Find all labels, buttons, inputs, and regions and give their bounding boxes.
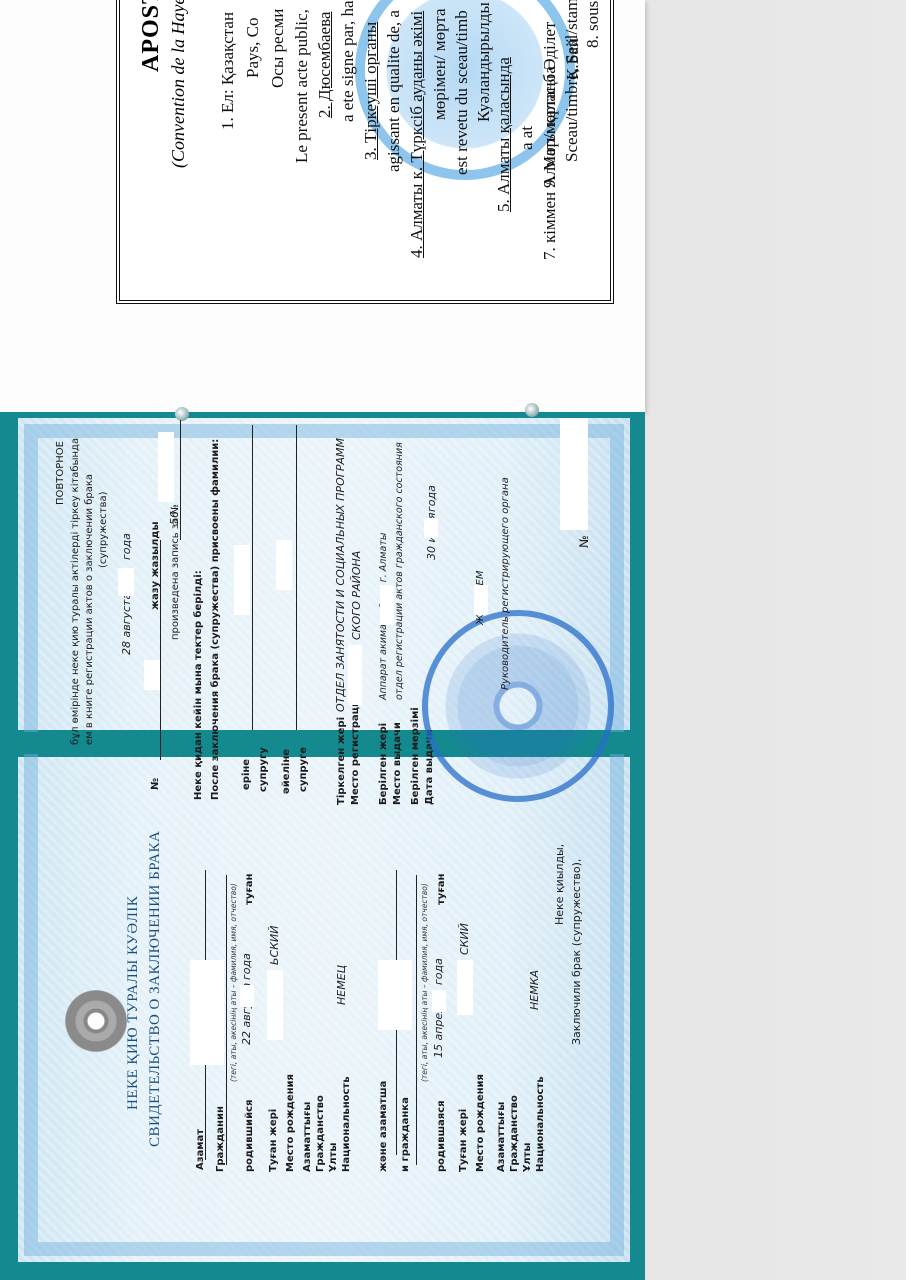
registry-issue-year-word: года [425,485,438,512]
registry-surnames-kz: Неке қидан кейін мына тектер берілді: [193,570,204,800]
redacted-surname [276,540,292,590]
registry-office-stamp [422,610,614,802]
apostille-line-3: 3. Тіркеуші органы [361,22,381,160]
redacted-surname [234,545,250,615]
apostille-line-1: 1. Ел: Қазақстан [218,12,238,130]
apostille-line-8: 8. sous [583,1,603,48]
apostille-line-5b: a at [517,126,537,150]
bride-name-hint: (тегі, аты, әкесінің аты – фамилия, имя,… [420,883,429,1082]
apostille-page: APOSTI (Convention de la Haye 1. Ел: Қаз… [0,0,645,412]
bride-birthplace-value: СКИЙ [458,923,471,955]
redacted-year [424,518,438,538]
registry-wife-ru: супруге [298,747,309,792]
married-kz: Неке қиылды, [553,844,566,925]
state-emblem [65,990,127,1052]
registry-record-kz: жазу жазылды [150,521,161,610]
apostille-line-1b: Pays, Co [243,18,263,78]
bride-citizenship-ru: Гражданство [509,1095,520,1172]
registry-wife-kz: әйеліне [281,749,292,794]
apostille-line-3b: agissant en qualite de, a [384,10,404,172]
apostille-line-1d: Le present acte public, [292,9,312,163]
groom-citizenship-ru: Гражданство [315,1095,326,1172]
groom-nationality-value: НЕМЕЦ [335,965,348,1005]
registry-book-kz: бұл өмірінде неке қию туралы актілерді т… [70,438,81,745]
registry-number-label: № [150,778,161,790]
redacted-year [240,985,254,1007]
apostille-line-9b: Sceau/timbre, Seal/stam [562,0,582,162]
bride-citizenship-kz: Азаматтығы [496,1102,507,1172]
registry-husband-kz: еріне [241,759,252,790]
apostille-line-4c: est revetu du sceau/timb [452,10,472,175]
redacted-signer [474,585,488,615]
certificate-title-kz: НЕКЕ ҚИЮ ТУРАЛЫ КУӘЛІК [125,896,142,1110]
redacted-bride-name [378,960,412,1030]
certificate-title-ru: СВИДЕТЕЛЬСТВО О ЗАКЛЮЧЕНИИ БРАКА [147,831,164,1147]
rivet [175,407,189,421]
bride-born-label: родившаяся [436,1100,447,1172]
redacted-year [118,568,134,596]
redacted-birthplace [267,970,283,1040]
groom-name-hint: (тегі, аты, әкесінің аты – фамилия, имя,… [229,883,238,1082]
redacted-groom-name [190,960,224,1065]
apostille-line-2: 2. Дюсембаева [315,12,335,118]
registry-book-ru: ем в книге регистрации актов о заключени… [84,474,95,745]
bride-label-kz: және азаматша [378,1081,389,1172]
apostille-title: APOSTI [138,0,165,72]
bride-year-word: года [432,958,445,985]
registry-record-number: 56 [168,511,181,525]
redacted-field [144,660,160,690]
groom-birthplace-value: ЬСКИЙ [268,926,281,966]
registry-husband-ru: супругу [258,747,269,792]
registry-book-ru-2: (супружества) [98,491,109,568]
bride-nationality-ru: Национальность [535,1076,546,1172]
registry-issue-place-ru: Место выдачи [392,722,403,805]
groom-citizenship-kz: Азаматтығы [302,1102,313,1172]
bride-born-label-kz: туған [436,874,447,905]
registry-date: 28 августа [120,593,133,655]
redacted-birthplace [457,960,473,1015]
groom-label-ru: Гражданин [215,1106,226,1172]
apostille-line-9: 9. Мөр/мөртаңба [540,66,560,188]
apostille-line-4: 4. Алматы к. Түркcіб ауданы әкімі [407,11,427,258]
apostille-line-2b: a ete signe par, ha [338,0,358,122]
registry-issue-date-kz: Берілген мерзімі [410,707,421,805]
apostille-line-4b: мөрімен/ мөрта [430,8,450,120]
groom-born-label-kz: туған [244,874,255,905]
bride-label-ru: и гражданка [400,1097,411,1172]
registry-place-ru: Место регистрации [350,693,361,805]
registry-place-kz: Тіркелген жері [336,717,347,805]
registry-signer-role: Руководитель регистрирующего органа [500,477,511,690]
registry-surnames-ru: После заключения брака (супружества) при… [210,439,221,800]
registry-place-value: ОТДЕЛ ЗАНЯТОСТИ И СОЦИАЛЬНЫХ ПРОГРАММ [334,438,347,712]
redacted-year [432,990,446,1012]
married-ru: Заключили брак (супружество), [570,859,583,1045]
groom-year-word: года [240,953,253,980]
bride-birthplace-ru: Место рождения [475,1074,486,1172]
apostille-line-4d: Куәландырылды [474,2,494,122]
registry-issue-place-kz: Берілген жері [378,723,389,805]
apostille-subtitle: (Convention de la Haye [168,0,189,168]
redacted-serial [560,418,588,530]
registry-serial-label: № [577,536,591,548]
redacted-district [380,585,394,625]
groom-born-label: родившийся [244,1100,255,1172]
apostille-line-5: 5. Алматы қаласында [494,57,514,212]
registry-year-word: года [120,533,133,560]
registry-duplicate-mark: ПОВТОРНОЕ [55,441,66,505]
redacted-field [158,432,174,502]
redacted-district [348,645,362,705]
registry-place-value-2: СКОГО РАЙОНА [350,551,363,640]
bride-nationality-kz: Ұлты [522,1143,533,1172]
bride-nationality-value: НЕМКА [528,970,541,1010]
bride-birthplace-kz: Туған жері [458,1109,469,1172]
groom-birthplace-ru: Место рождения [285,1074,296,1172]
registry-issue-place-value-2: отдел регистрации актов гражданского сос… [394,442,405,700]
rivet [525,403,539,417]
groom-nationality-ru: Национальность [341,1076,352,1172]
apostille-line-1c: Осы ресми [268,9,288,88]
groom-nationality-kz: Ұлты [328,1143,339,1172]
groom-birthplace-kz: Туған жері [268,1109,279,1172]
